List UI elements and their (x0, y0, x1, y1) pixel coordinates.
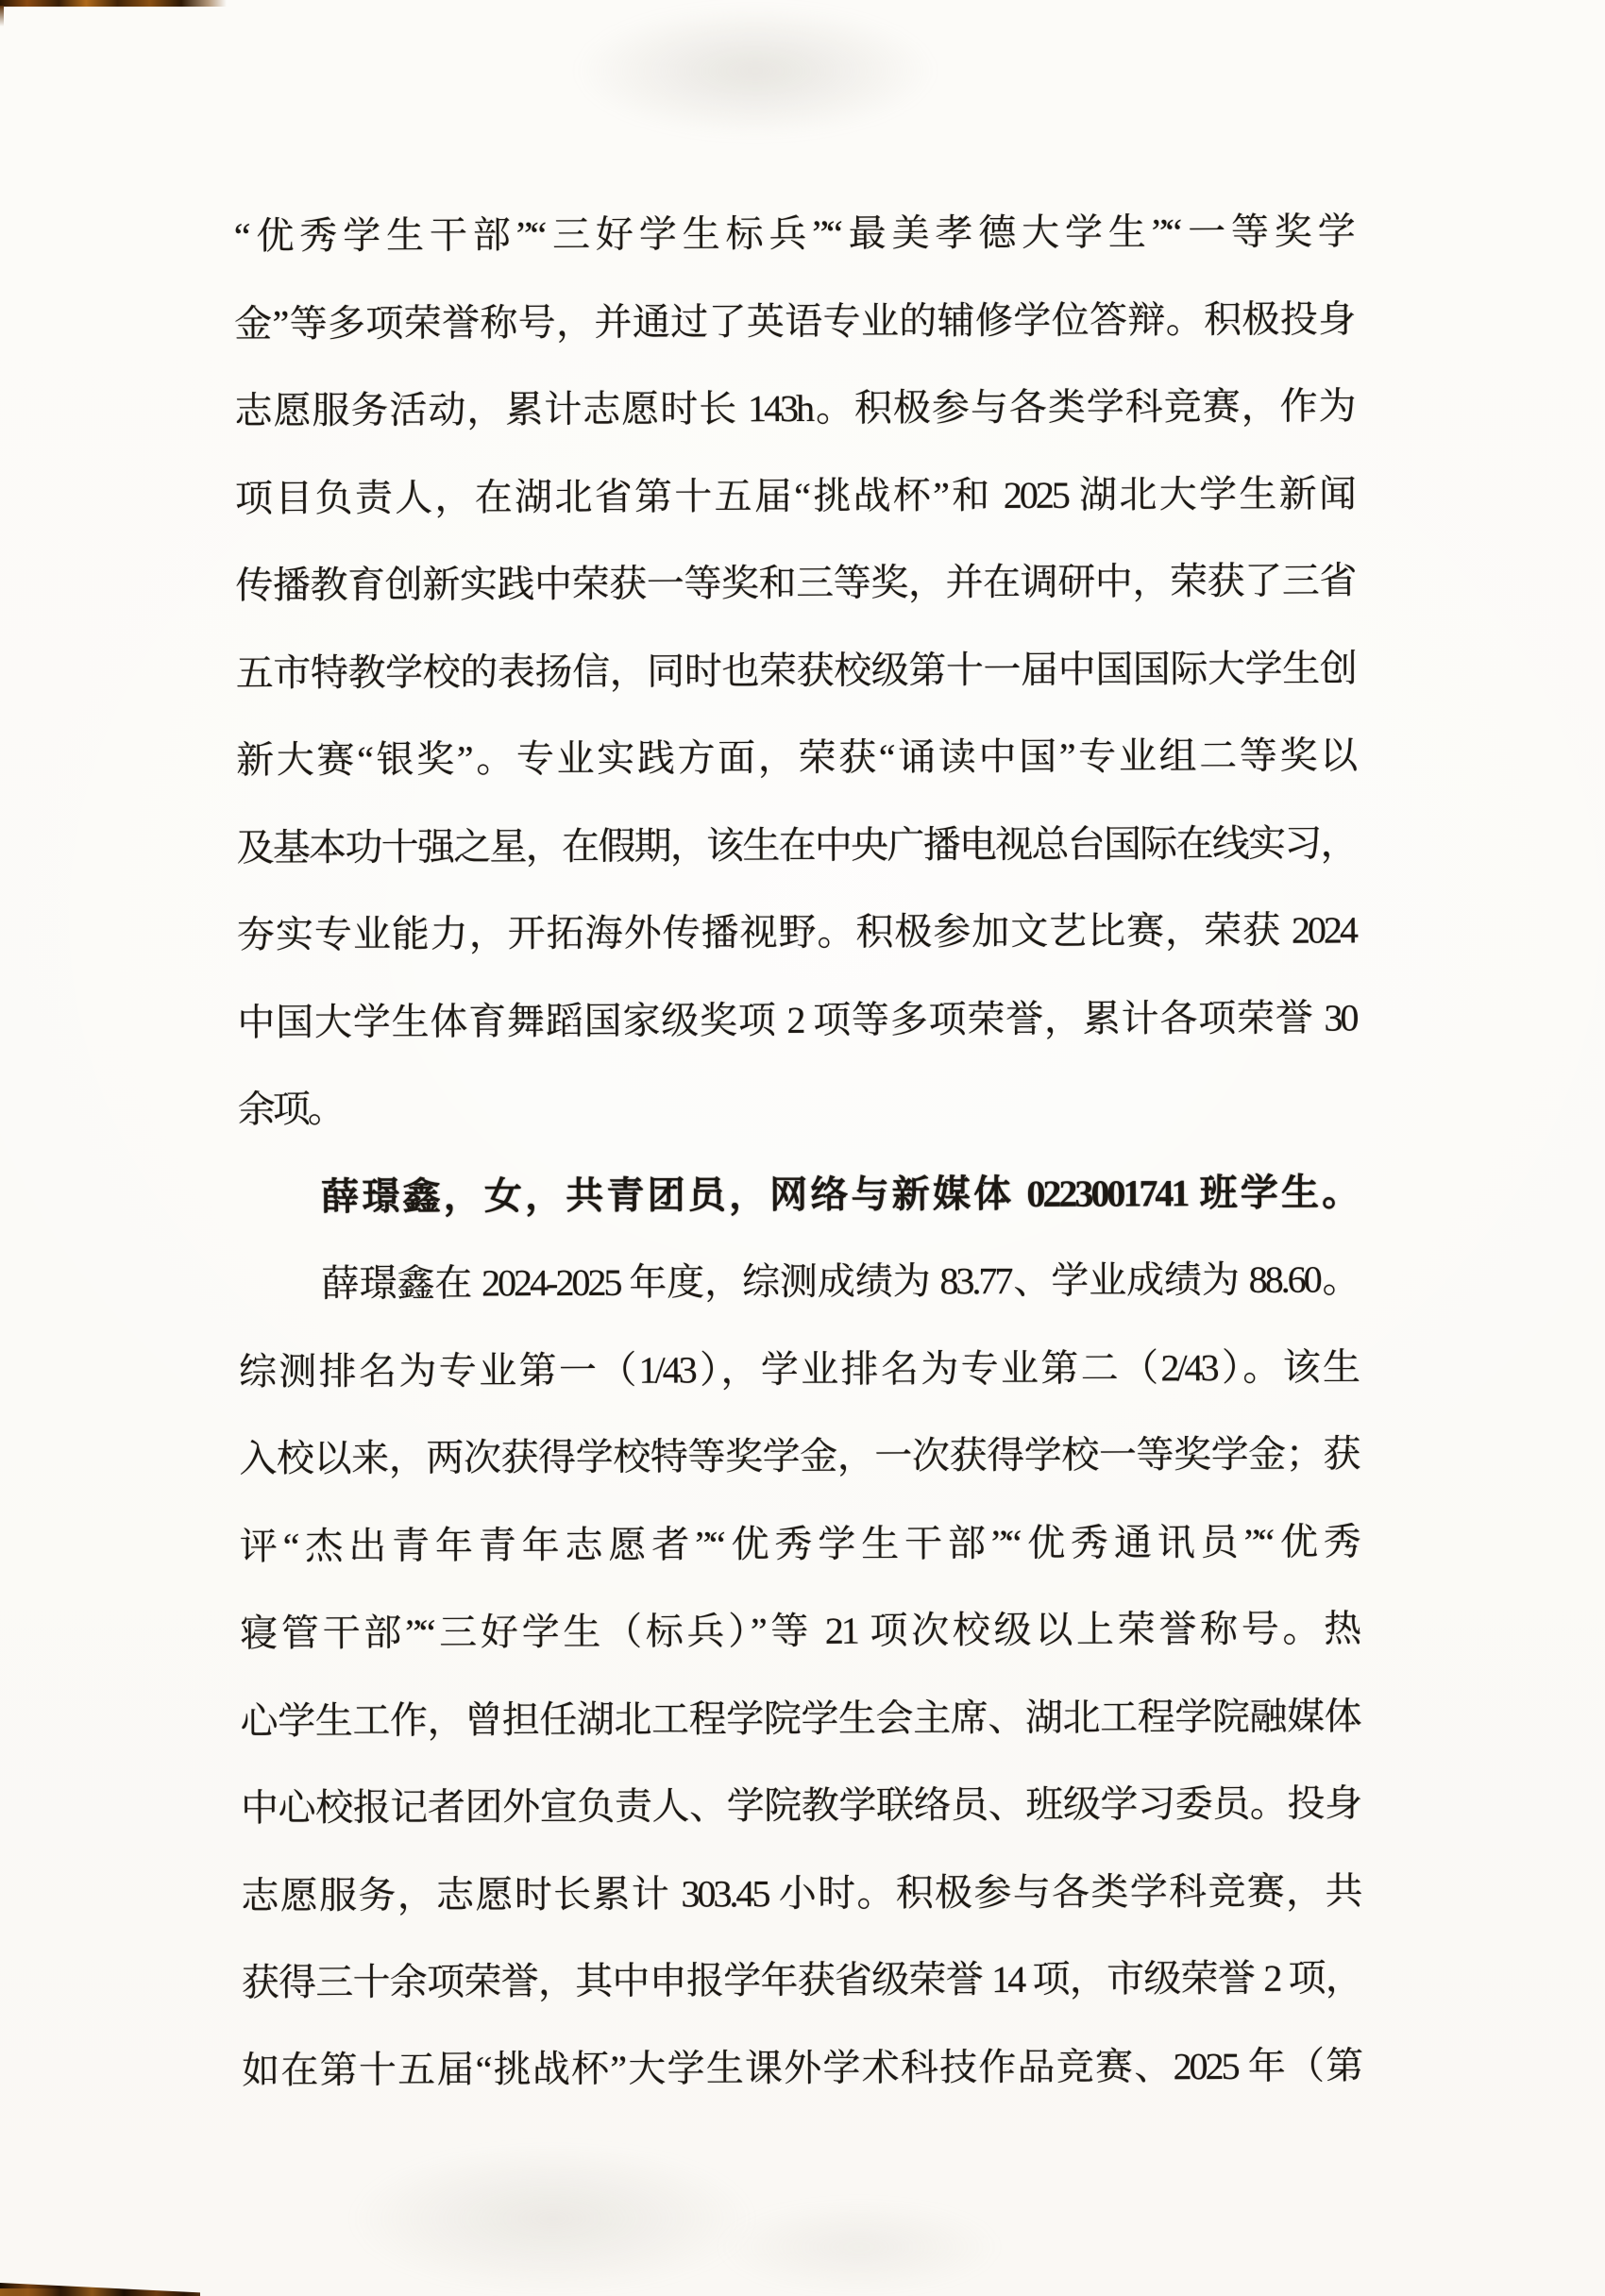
scan-smudge-bottom (349, 2143, 755, 2294)
text-line: 传播教育创新实践中荣获一等奖和三等奖，并在调研中，荣获了三省 (235, 537, 1354, 630)
scanned-document-page: “优秀学生干部”“三好学生标兵”“最美孝德大学生”“一等奖学 金”等多项荣誉称号… (0, 0, 1605, 2296)
text-line: 新大赛“银奖”。专业实践方面，荣获“诵读中国”专业组二等奖以 (236, 712, 1355, 804)
text-line: 中国大学生体育舞蹈国家级奖项 2 项等多项荣誉，累计各项荣誉 30 (237, 974, 1356, 1067)
text-line: 获得三十余项荣誉，其中申报学年获省级荣誉 14 项，市级荣誉 2 项， (242, 1934, 1360, 2027)
scan-smudge-bottom-right (718, 2200, 1001, 2294)
student-name-heading-line: 薛璟鑫，女，共青团员，网络与新媒体 0223001741 班学生。 (238, 1149, 1357, 1241)
document-text-block: “优秀学生干部”“三好学生标兵”“最美孝德大学生”“一等奖学 金”等多项荣誉称号… (234, 188, 1361, 2114)
text-line: 夯实专业能力，开拓海外传播视野。积极参加文艺比赛，荣获 2024 (237, 886, 1356, 979)
text-line: 心学生工作，曾担任湖北工程学院学生会主席、湖北工程学院融媒体 (240, 1673, 1359, 1765)
scan-smudge-top (576, 5, 935, 137)
text-line: 金”等多项荣誉称号，并通过了英语专业的辅修学位答辩。积极投身 (234, 276, 1353, 368)
text-line: 综测排名为专业第一（1/43），学业排名为专业第二（2/43）。该生 (239, 1324, 1358, 1416)
text-line: 入校以来，两次获得学校特等奖学金，一次获得学校一等奖学金；获 (239, 1410, 1358, 1503)
text-line: “优秀学生干部”“三好学生标兵”“最美孝德大学生”“一等奖学 (234, 188, 1353, 280)
text-line-paragraph-start: 薛璟鑫在 2024-2025 年度，综测成绩为 83.77、学业成绩为 88.6… (238, 1236, 1357, 1328)
text-line: 志愿服务，志愿时长累计 303.45 小时。积极参与各类学科竞赛，共 (241, 1848, 1360, 1940)
text-line: 及基本功十强之星，在假期，该生在中央广播电视总台国际在线实习， (236, 800, 1355, 892)
text-line: 评“杰出青年青年志愿者”“优秀学生干部”“优秀通讯员”“优秀 (240, 1498, 1359, 1591)
scan-artifact-top-left-stub (0, 6, 4, 26)
text-line: 寝管干部”“三好学生（标兵）”等 21 项次校级以上荣誉称号。热 (240, 1585, 1359, 1678)
scan-artifact-bottom-left-glow (0, 2288, 66, 2296)
text-line-paragraph-end: 余项。 (238, 1061, 1357, 1154)
text-line: 如在第十五届“挑战杯”大学生课外学术科技作品竞赛、2025 年（第 (242, 2022, 1360, 2115)
text-line: 五市特教学校的表扬信，同时也荣获校级第十一届中国国际大学生创 (236, 625, 1355, 717)
text-line: 项目负责人，在湖北省第十五届“挑战杯”和 2025 湖北大学生新闻 (235, 450, 1354, 543)
scan-artifact-top-left-strip (0, 0, 227, 7)
text-line: 志愿服务活动，累计志愿时长 143h。积极参与各类学科竞赛，作为 (234, 363, 1353, 455)
text-line: 中心校报记者团外宣负责人、学院教学联络员、班级学习委员。投身 (241, 1760, 1360, 1852)
